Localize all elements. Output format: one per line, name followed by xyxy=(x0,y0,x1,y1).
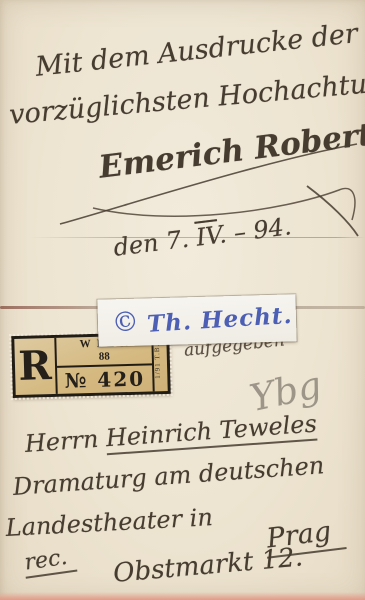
registration-plate-text: 1/91 T.B. xyxy=(153,344,162,379)
address-line-1: Herrn Heinrich Teweles xyxy=(24,410,318,458)
registration-number-cell: № 420 xyxy=(57,366,153,394)
registration-r: R xyxy=(18,346,52,387)
scan-edge xyxy=(0,592,365,600)
address-recipient-name: Heinrich Teweles xyxy=(105,410,318,456)
registration-office-number: 88 xyxy=(99,352,110,363)
copyright-icon: © xyxy=(110,305,142,340)
address-street: Obstmarkt 12. xyxy=(112,542,304,588)
date-roman-numeral: IV xyxy=(195,221,221,252)
address-line-2: Dramaturg am deutschen xyxy=(12,451,325,501)
copyright-label: © Th. Hecht. xyxy=(97,294,296,347)
letter-page: Mit dem Ausdrucke der vorzüglichsten Hoc… xyxy=(0,0,365,600)
registered-mail-note: rec. xyxy=(22,544,77,579)
registration-number: № 420 xyxy=(64,367,145,393)
registration-r-cell: R xyxy=(14,338,57,395)
copyright-owner: Th. Hecht. xyxy=(146,302,293,338)
address-line-3: Landestheater in xyxy=(5,503,213,542)
address-salutation: Herrn xyxy=(24,424,107,458)
